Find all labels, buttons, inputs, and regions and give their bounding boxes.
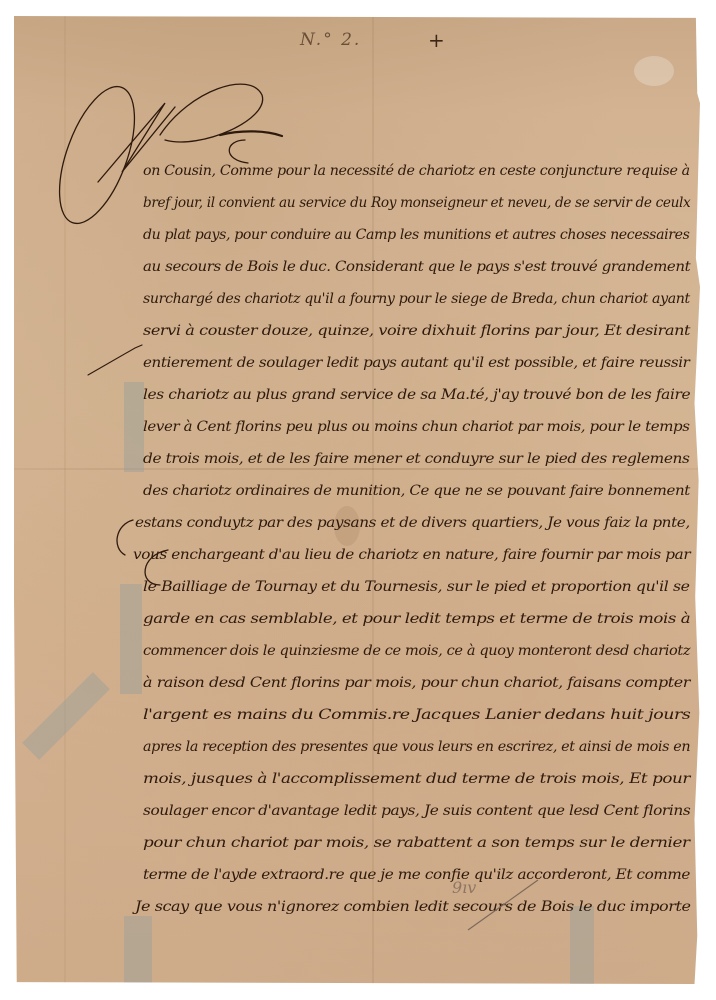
text-line-17: à raison desd Cent florins par mois, pou…	[143, 675, 690, 691]
text-line-24: Je scay que vous n'ignorez combien ledit…	[135, 899, 691, 915]
tape-mark-diagonal	[22, 672, 110, 760]
text-line-4: au secours de Bois le duc. Considerant q…	[143, 259, 690, 275]
pencil-annotation: 9ıv	[452, 878, 476, 897]
tape-mark-middle-left	[120, 584, 142, 694]
text-line-20: mois, jusques à l'accomplissement dud te…	[143, 771, 690, 787]
text-line-19: apres la reception des presentes que vou…	[143, 739, 690, 755]
tape-mark-bottom-right	[570, 906, 594, 984]
text-line-9: lever à Cent florins peu plus ou moins c…	[143, 419, 690, 435]
text-line-22: pour chun chariot par mois, se rabattent…	[143, 835, 690, 851]
text-line-3: du plat pays, pour conduire au Camp les …	[143, 227, 690, 243]
text-line-11: des chariotz ordinaires de munition, Ce …	[143, 483, 690, 499]
text-line-8: les chariotz au plus grand service de sa…	[143, 387, 690, 403]
text-line-13: vous enchargeant d'au lieu de chariotz e…	[133, 547, 690, 563]
horizontal-fold	[14, 468, 700, 470]
text-line-6: servi à couster douze, quinze, voire dix…	[143, 323, 690, 339]
text-line-7: entierement de soulager ledit pays autan…	[143, 355, 690, 371]
folio-number: N.° 2.	[300, 30, 361, 50]
text-line-12: estans conduytz par des paysans et de di…	[135, 515, 690, 531]
text-line-21: soulager encor d'avantage ledit pays, Je…	[143, 803, 690, 819]
tape-mark-bottom-left	[124, 916, 152, 984]
text-line-23: terme de l'ayde extraord.re que je me co…	[143, 867, 690, 883]
text-line-18: l'argent es mains du Commis.re Jacques L…	[143, 707, 690, 723]
margin-fold	[64, 16, 66, 984]
text-line-2: bref jour, il convient au service du Roy…	[143, 195, 690, 211]
folio-cross-mark: +	[428, 28, 445, 52]
text-line-15: garde en cas semblable, et pour ledit te…	[143, 611, 690, 627]
text-line-1: on Cousin, Comme pour la necessité de ch…	[143, 163, 690, 179]
text-line-14: le Bailliage de Tournay et du Tournesis,…	[143, 579, 690, 595]
text-line-16: commencer dois le quinziesme de ce mois,…	[143, 643, 690, 659]
paper-wear-spot	[634, 56, 674, 86]
text-line-10: de trois mois, et de les faire mener et …	[143, 451, 690, 467]
text-line-5: surchargé des chariotz qu'il a fourny po…	[143, 291, 690, 307]
tape-mark-upper-left	[124, 382, 144, 472]
